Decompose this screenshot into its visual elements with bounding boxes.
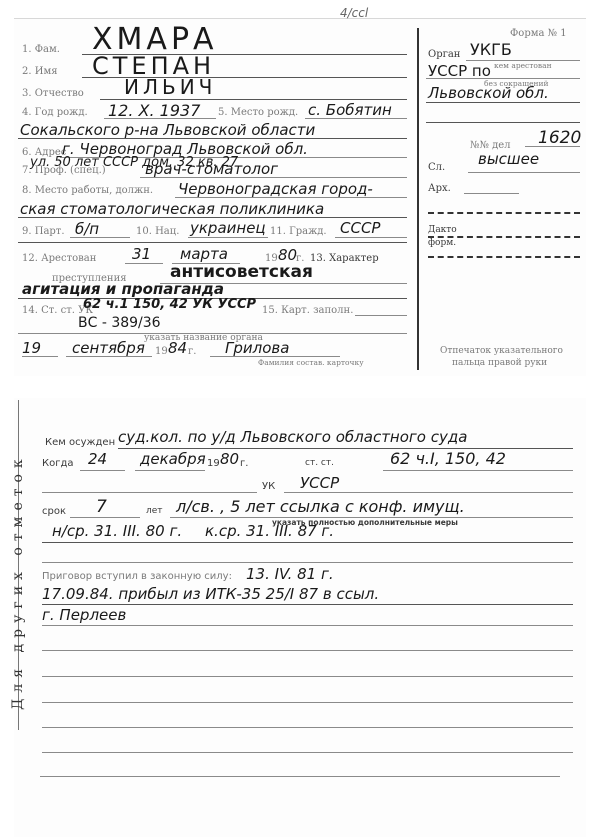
crime-nature-label: 13. Характер	[310, 253, 379, 264]
term-dates-line	[42, 542, 573, 543]
surname-label: 1. Фам.	[22, 44, 60, 55]
organ-value-1: УКГБ	[470, 40, 512, 59]
verdict-label: Приговор вступил в законную силу:	[42, 571, 232, 582]
years-label: лет	[146, 506, 163, 516]
corner-note: 4/ccl	[340, 6, 368, 20]
party-value: б/п	[75, 220, 99, 238]
party-line	[70, 237, 130, 238]
archive-label: Арх.	[428, 183, 451, 194]
term-end: к.ср. 31. III. 87 г.	[205, 522, 334, 540]
term-label: срок	[42, 506, 66, 517]
birthplace-value-1: с. Бобятин	[308, 101, 392, 119]
term-value: 7	[96, 497, 107, 517]
case-number-line	[525, 146, 580, 147]
crime-value-2: агитация и пропаганда	[22, 280, 224, 298]
when-label: Когда	[42, 458, 74, 469]
citizenship-value: СССР	[340, 219, 380, 237]
education-label: Сл.	[428, 162, 445, 173]
articles-line-back	[383, 470, 573, 471]
birth-year-label: 4. Год рожд.	[22, 107, 88, 118]
citizenship-line	[335, 237, 407, 238]
term-start: н/ср. 31. III. 80 г.	[52, 522, 182, 540]
panel-divider	[417, 28, 419, 370]
blank-line-2	[42, 650, 573, 651]
when-month-line	[135, 470, 205, 471]
when-year-g: г.	[240, 458, 248, 469]
card-filled-line	[355, 315, 407, 316]
filled-by-line	[210, 356, 340, 357]
note-line-1-rule	[42, 604, 573, 605]
citizenship-label: 11. Гражд.	[270, 226, 327, 237]
patronymic-value: ИЛЬИЧ	[124, 75, 216, 99]
separator-line	[18, 242, 407, 243]
fingerprint-caption-2: пальца правой руки	[452, 358, 547, 368]
filled-by: Грилова	[225, 339, 289, 357]
profession-line	[140, 177, 407, 178]
dacto-top-line	[428, 212, 580, 214]
nationality-value: украинец	[190, 219, 266, 237]
filled-year-prefix: 19	[155, 346, 168, 357]
patronymic-label: 3. Отчество	[22, 88, 84, 99]
verdict-value: 13. IV. 81 г.	[246, 565, 334, 583]
arrested-day: 31	[132, 245, 151, 263]
term-detail: л/св. , 5 лет ссылка с конф. имущ.	[176, 497, 465, 516]
uk-blank-line	[42, 492, 257, 493]
form-number: Форма № 1	[510, 28, 567, 39]
crime-value-1: антисоветская	[170, 262, 313, 282]
blank-line-7	[40, 776, 560, 777]
profession-label: 7. Проф. (спец.)	[22, 165, 106, 176]
filled-month: сентября	[72, 339, 145, 357]
convicted-by-label: Кем осужден	[45, 437, 115, 448]
fingerprint-caption-1: Отпечаток указательного	[440, 346, 563, 356]
education-value: высшее	[478, 150, 539, 168]
card-filled-label: 15. Карт. заполн.	[262, 305, 353, 316]
term-value-line	[70, 517, 140, 518]
name-label: 2. Имя	[22, 66, 58, 77]
education-line	[468, 172, 580, 173]
arrested-label: 12. Арестован	[22, 253, 96, 264]
organ-line-3	[426, 102, 580, 103]
uk-line	[284, 492, 573, 493]
workplace-line-2	[18, 217, 407, 218]
filled-year-g: г.	[188, 346, 196, 357]
when-year-prefix: 19	[207, 458, 220, 469]
filled-day: 19	[22, 339, 41, 357]
note-line-1: 17.09.84. прибыл из ИТК-35 25/I 87 в ссы…	[42, 585, 379, 603]
workplace-line-1	[175, 197, 407, 198]
card-filled-value: ВС - 389/36	[78, 315, 161, 331]
dacto-label-1: Дакто	[428, 225, 457, 235]
side-label-text: Для других отметок	[10, 453, 26, 710]
when-day-line	[80, 470, 125, 471]
party-label: 9. Парт.	[22, 226, 65, 237]
arrested-month: марта	[180, 245, 228, 263]
when-year-suffix: 80	[220, 450, 239, 468]
when-day: 24	[88, 450, 107, 468]
filled-month-line	[66, 356, 152, 357]
blank-line-3	[42, 676, 573, 677]
blank-line-5	[42, 727, 573, 728]
case-number-value: 1620	[538, 128, 581, 148]
blank-line-6	[42, 752, 573, 753]
articles-value: 62 ч.1 150, 42 УК УССР	[83, 297, 256, 312]
filled-year-suffix: 84	[168, 339, 187, 357]
workplace-value-1: Червоноградская город-	[178, 180, 373, 198]
nationality-label: 10. Нац.	[136, 226, 179, 237]
workplace-value-2: ская стоматологическая поликлиника	[20, 200, 324, 218]
when-month: декабря	[140, 450, 206, 468]
organ-label: Орган	[428, 49, 460, 60]
note-line-2-rule	[42, 625, 573, 626]
arrested-by-hint: кем арестован	[494, 61, 552, 70]
convicted-by-value: суд.кол. по у/д Львовского областного су…	[118, 428, 467, 446]
filled-by-hint: Фамилия состав. карточку	[258, 358, 364, 367]
blank-line-4	[42, 702, 573, 703]
blank-line-1	[42, 562, 573, 563]
birthplace-line-1	[305, 118, 407, 119]
birth-year-line	[104, 118, 216, 119]
dacto-label-2: форм.	[428, 238, 456, 248]
articles-label-back: ст. ст.	[305, 458, 334, 468]
articles-value-back: 62 ч.I, 150, 42	[390, 449, 506, 468]
birthplace-line-2	[18, 138, 407, 139]
birthplace-value-2: Сокальского р-на Львовской области	[20, 121, 315, 139]
filled-day-line	[22, 356, 58, 357]
workplace-label: 8. Место работы, должн.	[22, 185, 153, 196]
arrested-day-line	[125, 263, 163, 264]
organ-line-4	[426, 122, 580, 123]
profession-value: врач-стоматолог	[145, 160, 278, 178]
note-line-2: г. Перлеев	[42, 606, 126, 624]
nationality-line	[188, 237, 268, 238]
patronymic-line	[100, 99, 407, 100]
side-label: Для других отметок	[4, 460, 34, 710]
birthplace-label: 5. Место рожд.	[218, 107, 298, 118]
uk-label: УК	[262, 481, 275, 492]
organ-value-3: Львовской обл.	[428, 84, 549, 102]
archive-line	[464, 193, 519, 194]
uk-value: УССР	[300, 474, 339, 492]
